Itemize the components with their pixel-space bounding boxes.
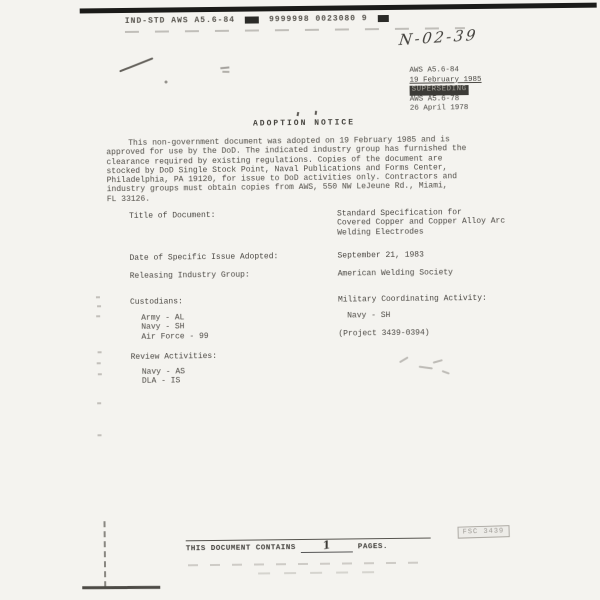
document-number: IND-STD AWS A5.6-84	[125, 16, 235, 26]
scan-artifact-tick	[97, 402, 101, 404]
superseding-stamp: SUPERSEDING	[410, 85, 469, 95]
handwritten-page-count: 1	[322, 542, 331, 549]
project-number: (Project 3439-0394)	[338, 329, 429, 339]
scan-artifact-tick	[97, 305, 101, 307]
coordinating-label: Military Coordinating Activity:	[338, 294, 487, 305]
scan-artifact-tick	[97, 362, 101, 364]
review-item: DLA - IS	[142, 377, 185, 387]
scan-artifact-tick	[96, 315, 100, 317]
field-value-date-adopted: September 21, 1983	[337, 251, 424, 261]
field-value-title-of-document: Standard Specification for Covered Coppe…	[337, 208, 505, 238]
stray-mark	[297, 112, 299, 116]
page-count-suffix: PAGES.	[358, 543, 388, 551]
fsc-stamp: FSC 3439	[457, 525, 509, 538]
page-count-strip: THIS DOCUMENT CONTAINS 1 PAGES.	[186, 538, 431, 555]
field-value-releasing-group: American Welding Society	[338, 268, 453, 278]
page-title: ADOPTION NOTICE	[253, 118, 355, 128]
scan-artifact-dot	[165, 80, 168, 83]
designation-block: AWS A5.6-84 19 February 1985 SUPERSEDING…	[409, 66, 482, 114]
custodian-item: Air Force - 99	[141, 332, 208, 342]
scanned-document: IND-STD AWS A5.6-84 9999998 0023080 9 N-…	[0, 0, 600, 600]
scan-artifact-tick	[96, 296, 100, 298]
coordinating-activity: Navy - SH	[347, 311, 390, 320]
field-value-line: Welding Electrodes	[337, 226, 505, 237]
field-label-date-adopted: Date of Specific Issue Adopted:	[129, 252, 278, 263]
scan-artifact-smudge	[220, 66, 229, 69]
stray-mark	[315, 111, 317, 115]
scan-artifact-smudge	[222, 71, 229, 73]
field-label-title-of-document: Title of Document:	[129, 211, 216, 221]
scan-artifact-diagonal-stroke	[119, 57, 153, 72]
scan-top-bar	[80, 3, 597, 14]
custodians-list: Army - AL Navy - SH Air Force - 99	[141, 313, 209, 342]
header-strip: IND-STD AWS A5.6-84 9999998 0023080 9	[125, 14, 389, 26]
handwritten-note: N-02-39	[398, 26, 479, 49]
designation-date-text: 19 February 1985	[409, 75, 481, 84]
page-count-prefix: THIS DOCUMENT CONTAINS	[186, 544, 296, 553]
designation-previous-date: 26 April 1978	[410, 104, 482, 114]
scan-artifact-squiggle	[433, 359, 443, 363]
scan-artifact-smear	[258, 571, 388, 574]
barcode-number: 9999998 0023080 9	[269, 14, 368, 24]
field-label-releasing-group: Releasing Industry Group:	[130, 271, 250, 281]
scan-artifact-tick	[98, 351, 102, 353]
page-count-blank: 1	[301, 542, 353, 553]
scan-artifact-squiggle	[419, 366, 433, 369]
review-item: Navy - AS	[142, 367, 185, 377]
designation-date: 19 February 1985	[409, 75, 481, 85]
scan-artifact-vertical-dashes	[103, 521, 106, 587]
review-list: Navy - AS DLA - IS	[142, 367, 185, 386]
scan-artifact-tick	[98, 373, 102, 375]
scan-artifact-squiggle	[442, 370, 450, 374]
review-label: Review Activities:	[131, 352, 218, 362]
scan-artifact-squiggle	[399, 356, 408, 362]
scan-artifact-smear	[188, 562, 428, 567]
custodians-label: Custodians:	[130, 297, 183, 307]
scan-artifact-bottom-line	[82, 586, 160, 589]
body-paragraph: This non-government document was adopted…	[106, 135, 467, 204]
document-page: IND-STD AWS A5.6-84 9999998 0023080 9 N-…	[0, 0, 600, 600]
scan-artifact-tick	[98, 434, 102, 436]
barcode-block-icon	[245, 16, 259, 23]
barcode-block-icon	[378, 15, 389, 22]
